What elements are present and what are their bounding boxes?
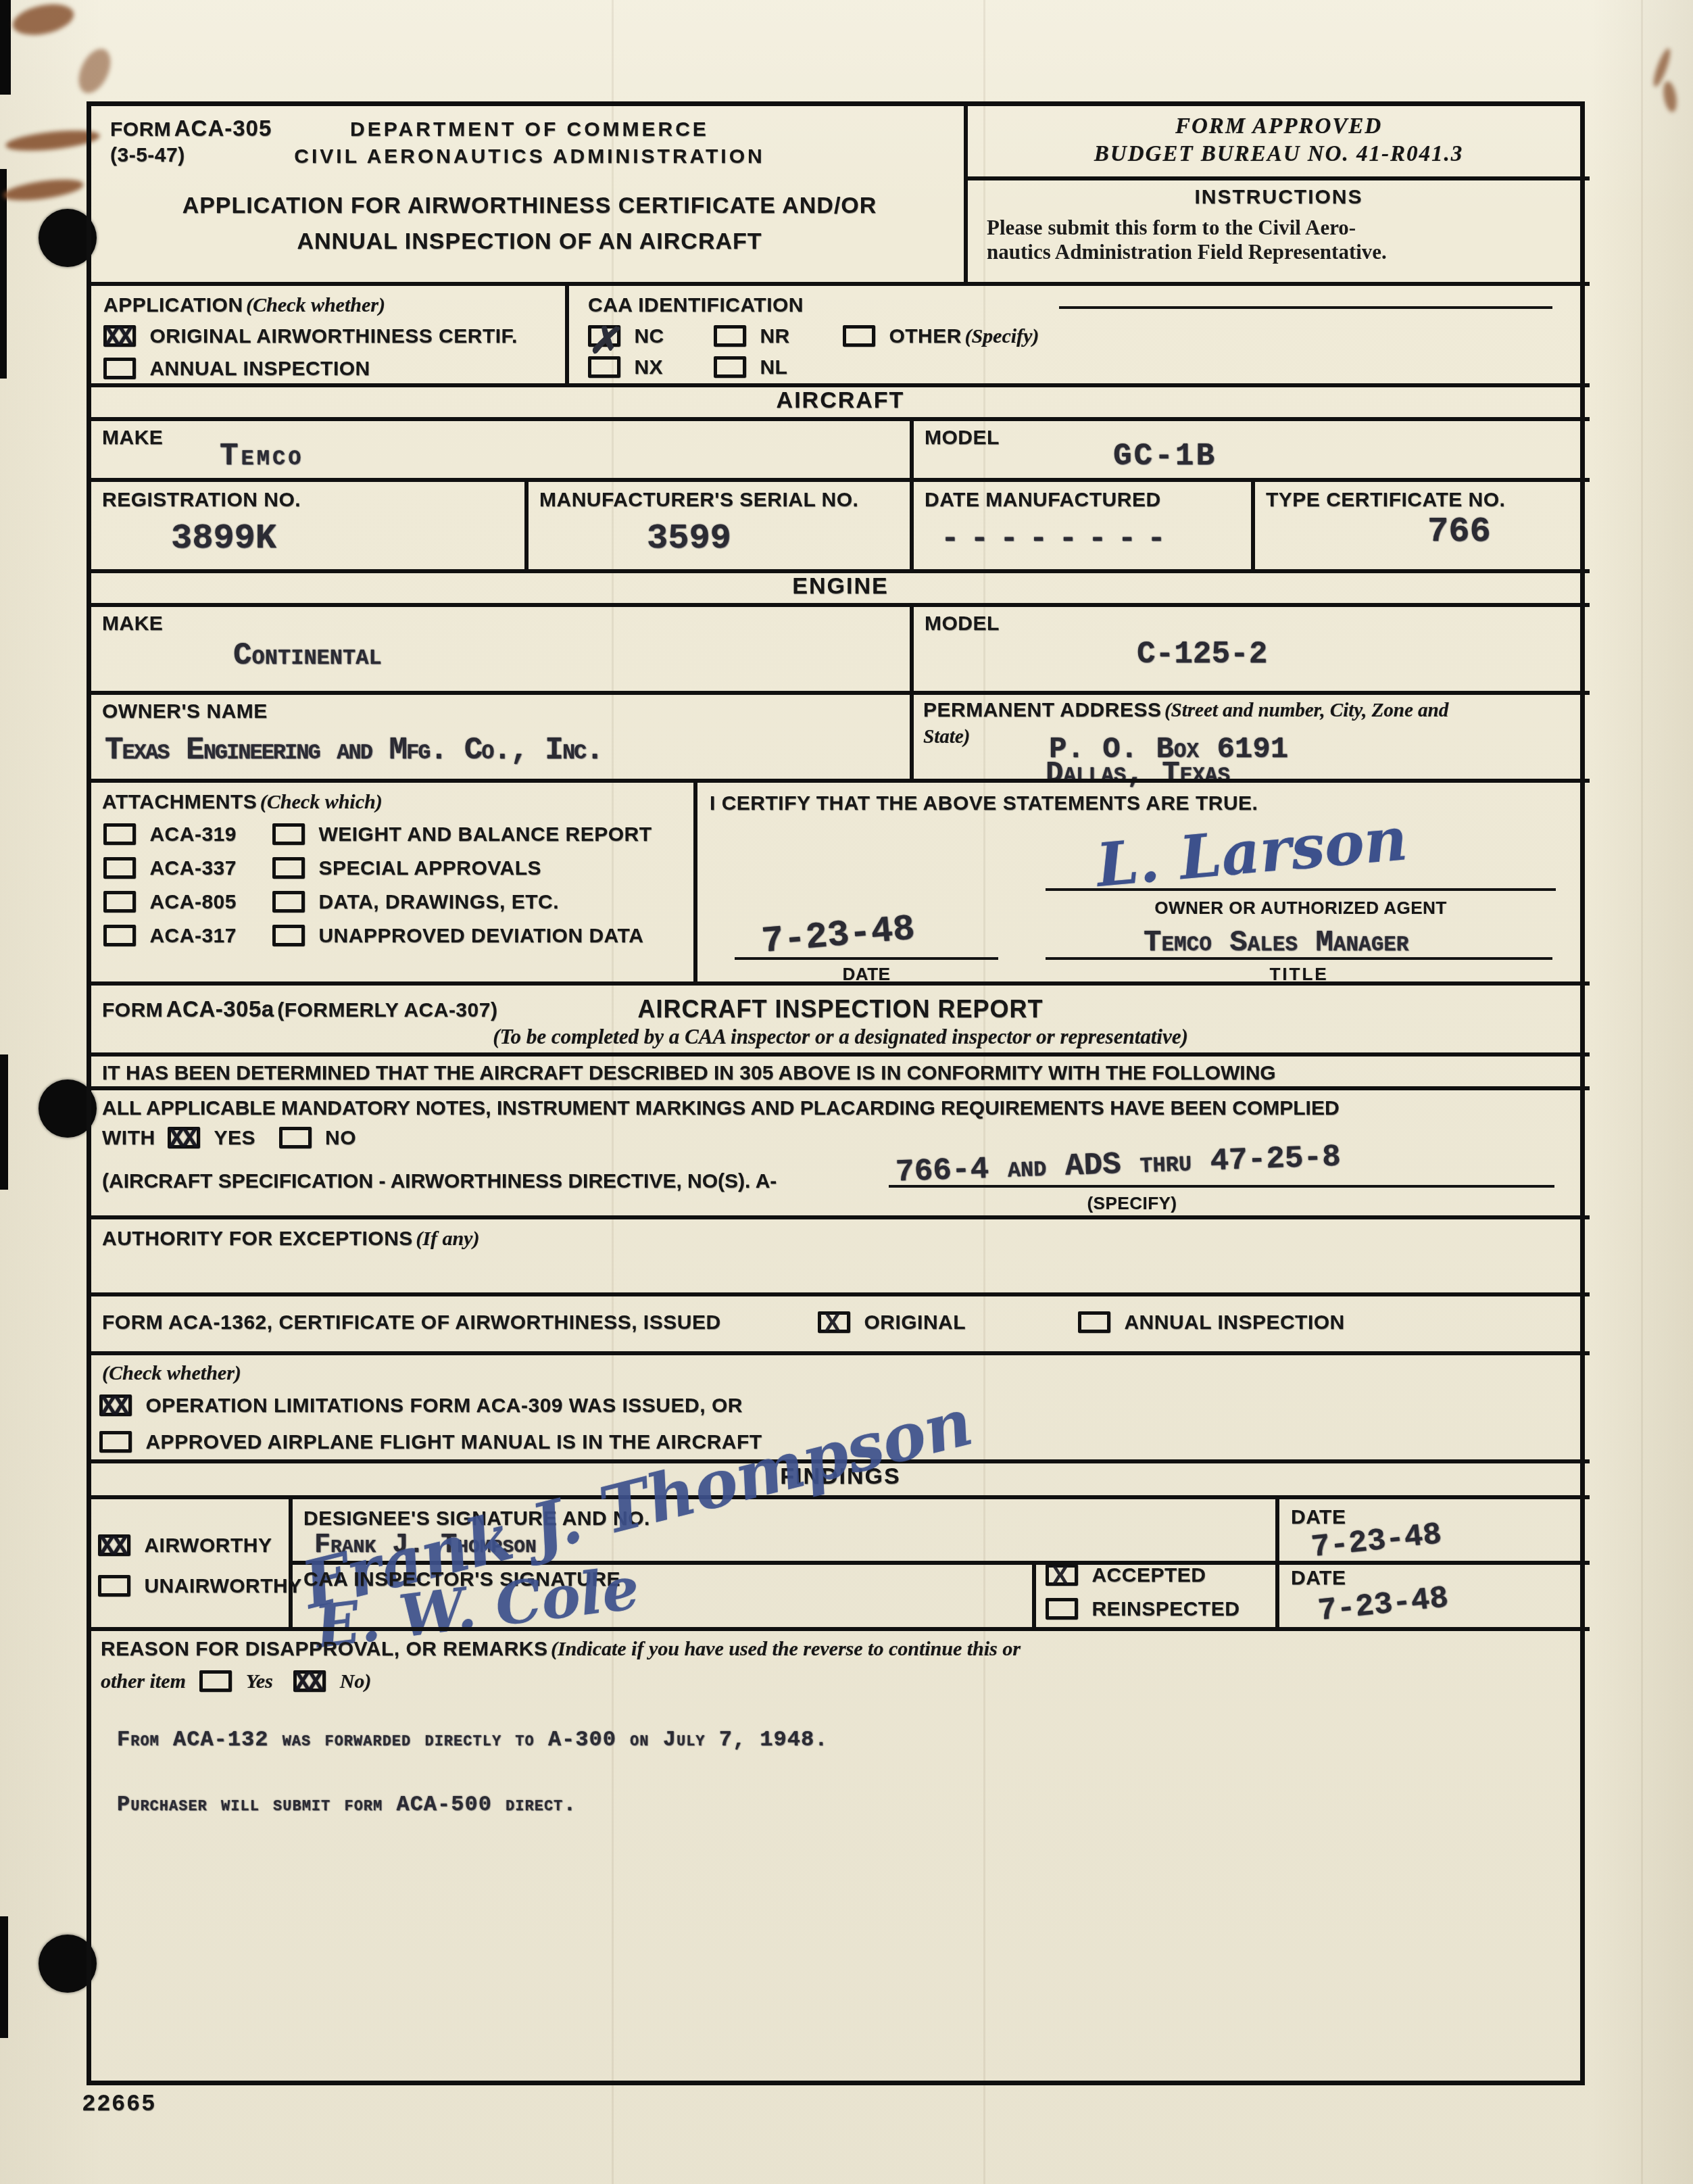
engine-section-title: ENGINE <box>792 573 888 599</box>
original-airworthiness-label: ORIGINAL AIRWORTHINESS CERTIF. <box>149 325 517 347</box>
annual-inspection-checkbox <box>103 358 136 379</box>
engine-make-model-row: MAKE Continental MODEL C-125-2 <box>91 603 1590 691</box>
type-certificate-cell: TYPE CERTIFICATE NO. 766 <box>1255 482 1590 569</box>
date-manufactured-label: DATE MANUFACTURED <box>925 489 1161 512</box>
specify-caption: (SPECIFY) <box>889 1193 1375 1214</box>
nr-checkbox <box>714 325 746 347</box>
remarks-hint-line2: other item <box>101 1670 186 1693</box>
budget-bureau-number: BUDGET BUREAU NO. 41-R041.3 <box>968 142 1590 167</box>
application-hint: (Check whether) <box>246 294 385 316</box>
authority-row: AUTHORITY FOR EXCEPTIONS (If any) <box>91 1215 1590 1292</box>
determined-row: IT HAS BEEN DETERMINED THAT THE AIRCRAFT… <box>91 1052 1590 1086</box>
reinspected-checkbox <box>1046 1598 1078 1620</box>
checkbox-xx-mark: XX <box>168 1123 194 1156</box>
aircraft-numbers-row: REGISTRATION NO. 3899K MANUFACTURER'S SE… <box>91 478 1590 569</box>
address-hint: (Street and number, City, Zone and <box>1164 700 1448 721</box>
other-checkbox <box>843 325 875 347</box>
designee-date-label: DATE <box>1291 1506 1346 1529</box>
scan-edge-mark <box>0 1916 8 2038</box>
application-section: APPLICATION (Check whether) XX ORIGINAL … <box>91 282 1590 383</box>
aircraft-make-cell: MAKE Temco <box>91 421 914 478</box>
reinspected-label: REINSPECTED <box>1091 1598 1240 1620</box>
paper-crease <box>1641 0 1643 2184</box>
no-label: NO <box>325 1127 356 1149</box>
type-certificate-label: TYPE CERTIFICATE NO. <box>1266 489 1505 512</box>
ink-stain <box>2 176 84 204</box>
nc-label: NC <box>634 325 664 347</box>
form-title: APPLICATION FOR AIRWORTHINESS CERTIFICAT… <box>91 193 968 255</box>
aca-337-checkbox <box>103 857 136 879</box>
department-name: DEPARTMENT OF COMMERCE <box>91 118 968 141</box>
type-certificate-value: 766 <box>1427 512 1491 552</box>
application-form: FORM ACA-305 (3-5-47) DEPARTMENT OF COMM… <box>87 101 1585 2085</box>
airworthy-checkbox: XX <box>98 1534 130 1556</box>
instructions-text-line2: nautics Administration Field Representat… <box>987 240 1387 264</box>
compliance-yes-checkbox: XX <box>168 1127 200 1148</box>
yes-label: YES <box>214 1127 256 1149</box>
flight-manual-label: APPROVED AIRPLANE FLIGHT MANUAL IS IN TH… <box>145 1431 762 1453</box>
aircraft-make-label: MAKE <box>102 427 163 450</box>
form-approved-line: FORM APPROVED <box>968 114 1590 139</box>
certify-title-value: Temco Sales Manager <box>1144 926 1408 960</box>
checkbox-x-mark: X <box>824 1309 841 1338</box>
remarks-no-label: No) <box>340 1670 372 1693</box>
original-airworthiness-checkbox: XX <box>103 325 136 347</box>
aircraft-model-label: MODEL <box>925 427 1000 450</box>
serial-value: 3599 <box>647 518 731 558</box>
serial-label: MANUFACTURER'S SERIAL NO. <box>539 489 858 512</box>
findings-col-divider <box>289 1499 293 1631</box>
engine-make-label: MAKE <box>102 612 163 635</box>
flight-manual-checkbox <box>99 1431 132 1453</box>
spec-directive-value: 766-4 and ADS thru 47-25-8 <box>895 1140 1341 1190</box>
scan-edge-mark <box>0 169 7 379</box>
scanned-form-page: 22665 FORM ACA-305 (3-5-47) DEPARTMENT O… <box>0 0 1693 2184</box>
certify-date-line <box>735 957 998 960</box>
serial-cell: MANUFACTURER'S SERIAL NO. 3599 <box>529 482 914 569</box>
unapproved-deviation-label: UNAPPROVED DEVIATION DATA <box>318 925 643 947</box>
ink-stain <box>10 0 77 40</box>
caa-identification-cell: CAA IDENTIFICATION ✗ NC NR OTHER (Specif… <box>569 286 1590 383</box>
data-drawings-label: DATA, DRAWINGS, ETC. <box>318 891 559 913</box>
aca-805-checkbox <box>103 891 136 913</box>
unapproved-deviation-checkbox <box>272 925 305 946</box>
certificate-issued-label: FORM ACA-1362, CERTIFICATE OF AIRWORTHIN… <box>102 1311 721 1334</box>
aca-319-checkbox <box>103 823 136 845</box>
remarks-no-checkbox: XX <box>293 1670 326 1692</box>
certify-cell: I CERTIFY THAT THE ABOVE STATEMENTS ARE … <box>697 783 1590 981</box>
nx-label: NX <box>634 356 663 379</box>
scan-edge-mark <box>0 0 11 95</box>
attachments-hint: (Check which) <box>260 791 383 813</box>
aircraft-make-value: Temco <box>220 439 303 474</box>
spec-directive-label: (AIRCRAFT SPECIFICATION - AIRWORTHINESS … <box>102 1170 777 1193</box>
registration-value: 3899K <box>171 518 276 558</box>
instructions-text-line1: Please submit this form to the Civil Aer… <box>987 216 1387 240</box>
caa-identification-label: CAA IDENTIFICATION <box>588 294 804 317</box>
registration-label: REGISTRATION NO. <box>102 489 301 512</box>
nc-checkbox: ✗ <box>588 325 620 347</box>
operation-limitations-label: OPERATION LIMITATIONS FORM ACA-309 WAS I… <box>145 1394 742 1417</box>
nl-label: NL <box>760 356 787 379</box>
special-approvals-label: SPECIAL APPROVALS <box>318 857 541 879</box>
remarks-section: REASON FOR DISAPPROVAL, OR REMARKS (Indi… <box>91 1627 1590 2086</box>
aircraft-section-header: AIRCRAFT <box>91 383 1590 417</box>
annual-issue-label: ANNUAL INSPECTION <box>1124 1311 1344 1334</box>
remarks-label: REASON FOR DISAPPROVAL, OR REMARKS <box>101 1638 548 1660</box>
engine-model-cell: MODEL C-125-2 <box>914 607 1590 691</box>
certificate-issued-row: FORM ACA-1362, CERTIFICATE OF AIRWORTHIN… <box>91 1292 1590 1351</box>
remarks-hint-line1: (Indicate if you have used the reverse t… <box>551 1638 1021 1660</box>
engine-model-label: MODEL <box>925 612 1000 635</box>
header-left-cell: FORM ACA-305 (3-5-47) DEPARTMENT OF COMM… <box>91 106 968 282</box>
address-label: PERMANENT ADDRESS <box>923 699 1161 721</box>
authority-hint: (If any) <box>416 1228 479 1250</box>
agency-name: CIVIL AERONAUTICS ADMINISTRATION <box>91 145 968 168</box>
scan-edge-mark <box>0 1054 8 1190</box>
check-whether-hint: (Check whether) <box>102 1362 241 1385</box>
aca-319-label: ACA-319 <box>149 823 237 846</box>
remarks-typed-line2: Purchaser will submit form ACA-500 direc… <box>117 1792 577 1817</box>
findings-accepted-divider <box>1032 1561 1036 1631</box>
engine-make-cell: MAKE Continental <box>91 607 914 691</box>
aircraft-model-value: GC-1B <box>1113 439 1217 474</box>
date-manufactured-value: -------- <box>941 521 1177 556</box>
certify-statement: I CERTIFY THAT THE ABOVE STATEMENTS ARE … <box>710 792 1258 815</box>
owner-signature-caption: OWNER OR AUTHORIZED AGENT <box>1046 898 1556 919</box>
nx-checkbox <box>588 356 620 378</box>
aca-337-label: ACA-337 <box>149 857 237 879</box>
annual-inspection-label: ANNUAL INSPECTION <box>149 358 370 380</box>
attachments-cell: ATTACHMENTS (Check which) ACA-319 WEIGHT… <box>91 783 697 981</box>
owner-name-value: Texas Engineering and Mfg. Co., Inc. <box>105 733 603 768</box>
checkbox-x-mark: X <box>1052 1562 1069 1591</box>
compliance-no-checkbox <box>279 1127 312 1148</box>
aca-317-label: ACA-317 <box>149 925 237 947</box>
attachments-label: ATTACHMENTS <box>102 791 257 813</box>
certify-title-line <box>1046 957 1552 960</box>
compliance-row: ALL APPLICABLE MANDATORY NOTES, INSTRUME… <box>91 1086 1590 1215</box>
determined-text: IT HAS BEEN DETERMINED THAT THE AIRCRAFT… <box>102 1062 1276 1085</box>
other-specify-hint: (Specify) <box>964 325 1039 347</box>
weight-balance-checkbox <box>272 823 305 845</box>
aircraft-make-model-row: MAKE Temco MODEL GC-1B <box>91 417 1590 478</box>
remarks-yes-checkbox <box>199 1670 232 1692</box>
certify-date-value: 7-23-48 <box>760 908 916 963</box>
data-drawings-checkbox <box>272 891 305 913</box>
operation-limitations-checkbox: XX <box>99 1394 132 1416</box>
original-issue-checkbox: X <box>818 1311 850 1333</box>
other-specify-line <box>1059 306 1552 309</box>
date-manufactured-cell: DATE MANUFACTURED -------- <box>914 482 1255 569</box>
owner-signature: L. Larson <box>1094 803 1410 900</box>
special-approvals-checkbox <box>272 857 305 879</box>
checkbox-xx-mark: XX <box>100 1391 126 1424</box>
unairworthy-checkbox <box>98 1575 130 1597</box>
remarks-typed-line1: From ACA-132 was forwarded directly to A… <box>117 1727 828 1752</box>
permanent-address-cell: PERMANENT ADDRESS (Street and number, Ci… <box>914 695 1590 779</box>
nr-label: NR <box>760 325 789 347</box>
caa-date-label: DATE <box>1291 1567 1346 1590</box>
aca-317-checkbox <box>103 925 136 946</box>
owner-name-cell: OWNER'S NAME Texas Engineering and Mfg. … <box>91 695 914 779</box>
checkbox-xx-mark: XX <box>99 1531 124 1563</box>
checkbox-xx-mark: XX <box>104 322 130 354</box>
airworthy-label: AIRWORTHY <box>144 1534 272 1557</box>
aircraft-section-title: AIRCRAFT <box>777 387 905 413</box>
form-title-line2: ANNUAL INSPECTION OF AN AIRCRAFT <box>91 228 968 255</box>
budget-approval-cell: FORM APPROVED BUDGET BUREAU NO. 41-R041.… <box>968 106 1590 180</box>
accepted-checkbox: X <box>1046 1564 1078 1586</box>
ink-stain <box>1661 80 1679 113</box>
with-label: WITH <box>102 1127 155 1149</box>
unairworthy-label: UNAIRWORTHY <box>144 1575 301 1597</box>
owner-name-label: OWNER'S NAME <box>102 700 268 723</box>
owner-signature-line <box>1046 888 1556 891</box>
application-label: APPLICATION <box>103 294 243 316</box>
weight-balance-label: WEIGHT AND BALANCE REPORT <box>318 823 652 846</box>
checkbox-xx-mark: XX <box>294 1667 320 1699</box>
aircraft-model-cell: MODEL GC-1B <box>914 421 1590 478</box>
application-check-cell: APPLICATION (Check whether) XX ORIGINAL … <box>91 286 569 383</box>
compliance-text: ALL APPLICABLE MANDATORY NOTES, INSTRUME… <box>102 1097 1340 1120</box>
spec-directive-line <box>889 1185 1554 1188</box>
form-title-line1: APPLICATION FOR AIRWORTHINESS CERTIFICAT… <box>91 193 968 219</box>
engine-model-value: C-125-2 <box>1137 637 1267 672</box>
inspection-report-title: AIRCRAFT INSPECTION REPORT <box>91 995 1590 1023</box>
owner-row: OWNER'S NAME Texas Engineering and Mfg. … <box>91 691 1590 779</box>
annual-issue-checkbox <box>1078 1311 1110 1333</box>
registration-cell: REGISTRATION NO. 3899K <box>91 482 529 569</box>
address-hint2: State) <box>923 726 970 748</box>
findings-table: XX AIRWORTHY UNAIRWORTHY DESIGNEE'S SIGN… <box>91 1495 1590 1627</box>
instructions-heading: INSTRUCTIONS <box>968 186 1590 209</box>
nl-checkbox <box>714 356 746 378</box>
ink-stain <box>72 44 117 98</box>
engine-make-value: Continental <box>233 638 382 673</box>
attachments-certify-row: ATTACHMENTS (Check which) ACA-319 WEIGHT… <box>91 779 1590 981</box>
inspection-report-subtitle: (To be completed by a CAA inspector or a… <box>91 1025 1590 1049</box>
instructions-cell: INSTRUCTIONS Please submit this form to … <box>968 180 1590 282</box>
authority-label: AUTHORITY FOR EXCEPTIONS <box>102 1228 413 1250</box>
print-serial-number: 22665 <box>82 2090 157 2116</box>
other-label: OTHER <box>889 325 962 347</box>
accepted-label: ACCEPTED <box>1091 1564 1206 1586</box>
engine-section-header: ENGINE <box>91 569 1590 603</box>
inspection-report-header: FORM ACA-305a (FORMERLY ACA-307) AIRCRAF… <box>91 981 1590 1052</box>
remarks-yes-label: Yes <box>246 1670 273 1693</box>
aca-805-label: ACA-805 <box>149 891 237 913</box>
findings-date-divider <box>1275 1499 1279 1631</box>
original-issue-label: ORIGINAL <box>864 1311 966 1334</box>
